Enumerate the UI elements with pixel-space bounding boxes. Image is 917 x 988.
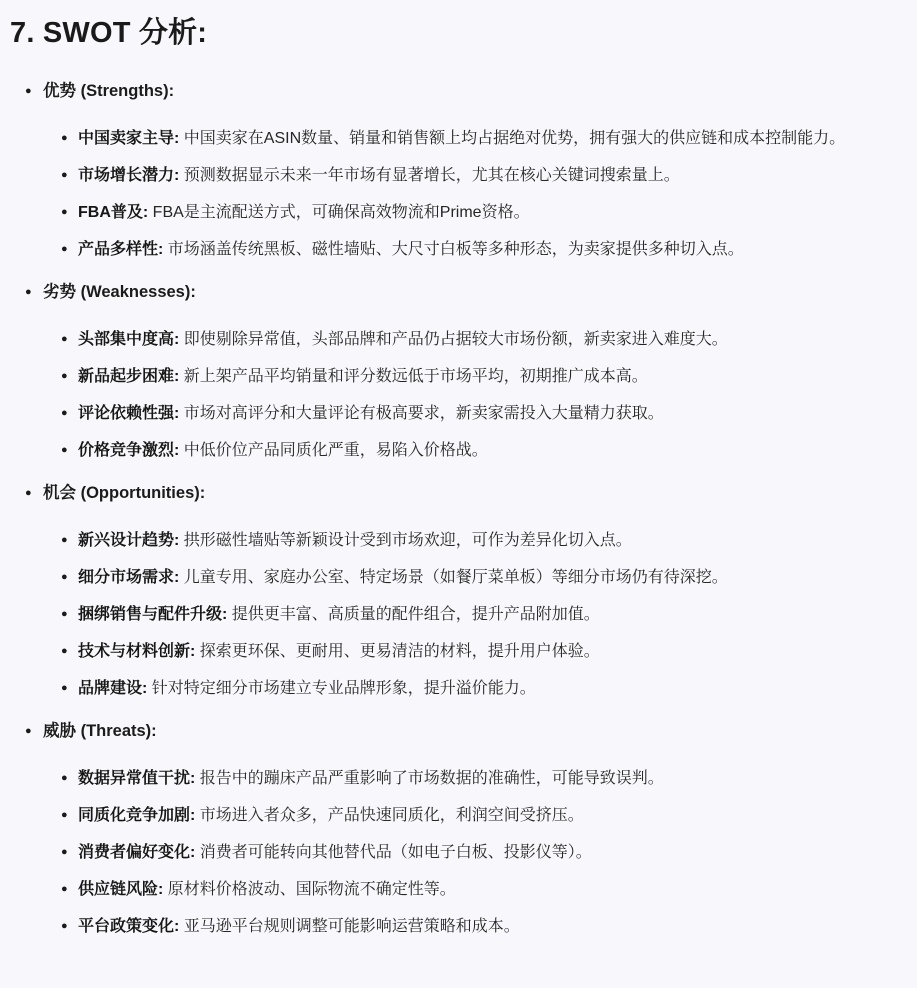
section-heading-label: 劣势 (Weaknesses):	[43, 282, 196, 303]
swot-sections-list: ● 优势 (Strengths): ● 中国卖家主导: 中国卖家在ASIN数量、…	[10, 81, 911, 937]
list-item: ● 新品起步困难: 新上架产品平均销量和评分数远低于市场平均，初期推广成本高。	[61, 366, 911, 387]
list-item: ● 新兴设计趋势: 拱形磁性墙贴等新颖设计受到市场欢迎，可作为差异化切入点。	[61, 530, 911, 551]
page-title: 7. SWOT 分析:	[10, 10, 911, 51]
list-item: ● 捆绑销售与配件升级: 提供更丰富、高质量的配件组合，提升产品附加值。	[61, 604, 911, 625]
item-term: 细分市场需求:	[78, 569, 179, 586]
bullet-icon: ●	[61, 202, 78, 223]
bullet-icon: ●	[61, 805, 78, 826]
bullet-icon: ●	[61, 916, 78, 937]
item-term: 产品多样性:	[78, 241, 163, 258]
section-threats: ● 威胁 (Threats): ● 数据异常值干扰: 报告中的蹦床产品严重影响了…	[25, 721, 911, 937]
item-term: 数据异常值干扰:	[78, 770, 195, 787]
bullet-icon: ●	[61, 842, 78, 863]
list-item: ● 市场增长潜力: 预测数据显示未来一年市场有显著增长，尤其在核心关键词搜索量上…	[61, 165, 911, 186]
bullet-icon: ●	[61, 678, 78, 699]
section-heading-label: 威胁 (Threats):	[43, 721, 157, 742]
list-item: ● 产品多样性: 市场涵盖传统黑板、磁性墙贴、大尺寸白板等多种形态，为卖家提供多…	[61, 239, 911, 260]
item-desc: 消费者可能转向其他替代品（如电子白板、投影仪等）。	[200, 844, 592, 861]
section-strengths: ● 优势 (Strengths): ● 中国卖家主导: 中国卖家在ASIN数量、…	[25, 81, 911, 260]
item-term: 新兴设计趋势:	[78, 532, 179, 549]
section-items: ● 中国卖家主导: 中国卖家在ASIN数量、销量和销售额上均占据绝对优势，拥有强…	[25, 128, 911, 260]
item-desc: 中国卖家在ASIN数量、销量和销售额上均占据绝对优势，拥有强大的供应链和成本控制…	[184, 130, 845, 147]
item-desc: 即使剔除异常值，头部品牌和产品仍占据较大市场份额，新卖家进入难度大。	[184, 331, 728, 348]
item-desc: 亚马逊平台规则调整可能影响运营策略和成本。	[184, 918, 520, 935]
item-text: 新兴设计趋势: 拱形磁性墙贴等新颖设计受到市场欢迎，可作为差异化切入点。	[78, 530, 632, 551]
list-item: ● FBA普及: FBA是主流配送方式，可确保高效物流和Prime资格。	[61, 202, 911, 223]
item-term: 头部集中度高:	[78, 331, 179, 348]
section-opportunities: ● 机会 (Opportunities): ● 新兴设计趋势: 拱形磁性墙贴等新…	[25, 483, 911, 699]
item-text: 头部集中度高: 即使剔除异常值，头部品牌和产品仍占据较大市场份额，新卖家进入难度…	[78, 329, 728, 350]
section-heading: ● 劣势 (Weaknesses):	[25, 282, 911, 303]
item-text: 新品起步困难: 新上架产品平均销量和评分数远低于市场平均，初期推广成本高。	[78, 366, 648, 387]
item-text: 消费者偏好变化: 消费者可能转向其他替代品（如电子白板、投影仪等）。	[78, 842, 592, 863]
item-text: 中国卖家主导: 中国卖家在ASIN数量、销量和销售额上均占据绝对优势，拥有强大的…	[78, 128, 845, 149]
list-item: ● 头部集中度高: 即使剔除异常值，头部品牌和产品仍占据较大市场份额，新卖家进入…	[61, 329, 911, 350]
bullet-icon: ●	[61, 403, 78, 424]
item-desc: 拱形磁性墙贴等新颖设计受到市场欢迎，可作为差异化切入点。	[184, 532, 632, 549]
item-desc: 儿童专用、家庭办公室、特定场景（如餐厅菜单板）等细分市场仍有待深挖。	[184, 569, 728, 586]
bullet-icon: ●	[61, 530, 78, 551]
item-term: 平台政策变化:	[78, 918, 179, 935]
item-text: 平台政策变化: 亚马逊平台规则调整可能影响运营策略和成本。	[78, 916, 520, 937]
item-text: 数据异常值干扰: 报告中的蹦床产品严重影响了市场数据的准确性，可能导致误判。	[78, 768, 664, 789]
list-item: ● 供应链风险: 原材料价格波动、国际物流不确定性等。	[61, 879, 911, 900]
section-items: ● 头部集中度高: 即使剔除异常值，头部品牌和产品仍占据较大市场份额，新卖家进入…	[25, 329, 911, 461]
item-term: 新品起步困难:	[78, 368, 179, 385]
item-desc: 中低价位产品同质化严重，易陷入价格战。	[184, 442, 488, 459]
item-desc: 市场涵盖传统黑板、磁性墙贴、大尺寸白板等多种形态，为卖家提供多种切入点。	[168, 241, 744, 258]
item-text: 评论依赖性强: 市场对高评分和大量评论有极高要求，新卖家需投入大量精力获取。	[78, 403, 664, 424]
section-items: ● 新兴设计趋势: 拱形磁性墙贴等新颖设计受到市场欢迎，可作为差异化切入点。 ●…	[25, 530, 911, 699]
item-term: 中国卖家主导:	[78, 130, 179, 147]
item-text: 产品多样性: 市场涵盖传统黑板、磁性墙贴、大尺寸白板等多种形态，为卖家提供多种切…	[78, 239, 744, 260]
item-term: FBA普及:	[78, 204, 148, 221]
item-desc: 针对特定细分市场建立专业品牌形象，提升溢价能力。	[152, 680, 536, 697]
section-heading-label: 优势 (Strengths):	[43, 81, 174, 102]
item-text: FBA普及: FBA是主流配送方式，可确保高效物流和Prime资格。	[78, 202, 530, 223]
item-desc: 提供更丰富、高质量的配件组合，提升产品附加值。	[232, 606, 600, 623]
item-term: 消费者偏好变化:	[78, 844, 195, 861]
section-items: ● 数据异常值干扰: 报告中的蹦床产品严重影响了市场数据的准确性，可能导致误判。…	[25, 768, 911, 937]
bullet-icon: ●	[61, 128, 78, 149]
list-item: ● 细分市场需求: 儿童专用、家庭办公室、特定场景（如餐厅菜单板）等细分市场仍有…	[61, 567, 911, 588]
item-term: 价格竞争激烈:	[78, 442, 179, 459]
item-term: 捆绑销售与配件升级:	[78, 606, 227, 623]
item-desc: 探索更环保、更耐用、更易清洁的材料，提升用户体验。	[200, 643, 600, 660]
item-text: 捆绑销售与配件升级: 提供更丰富、高质量的配件组合，提升产品附加值。	[78, 604, 600, 625]
bullet-icon: ●	[61, 641, 78, 662]
item-text: 价格竞争激烈: 中低价位产品同质化严重，易陷入价格战。	[78, 440, 488, 461]
item-term: 市场增长潜力:	[78, 167, 179, 184]
item-term: 供应链风险:	[78, 881, 163, 898]
bullet-icon: ●	[61, 604, 78, 625]
bullet-icon: ●	[61, 567, 78, 588]
section-weaknesses: ● 劣势 (Weaknesses): ● 头部集中度高: 即使剔除异常值，头部品…	[25, 282, 911, 461]
section-heading: ● 优势 (Strengths):	[25, 81, 911, 102]
item-term: 技术与材料创新:	[78, 643, 195, 660]
item-desc: 预测数据显示未来一年市场有显著增长，尤其在核心关键词搜索量上。	[184, 167, 680, 184]
bullet-icon: ●	[61, 879, 78, 900]
list-item: ● 中国卖家主导: 中国卖家在ASIN数量、销量和销售额上均占据绝对优势，拥有强…	[61, 128, 911, 149]
list-item: ● 消费者偏好变化: 消费者可能转向其他替代品（如电子白板、投影仪等）。	[61, 842, 911, 863]
bullet-icon: ●	[25, 483, 43, 504]
list-item: ● 平台政策变化: 亚马逊平台规则调整可能影响运营策略和成本。	[61, 916, 911, 937]
bullet-icon: ●	[61, 239, 78, 260]
item-desc: 市场进入者众多，产品快速同质化，利润空间受挤压。	[200, 807, 584, 824]
section-heading: ● 机会 (Opportunities):	[25, 483, 911, 504]
bullet-icon: ●	[61, 768, 78, 789]
item-text: 市场增长潜力: 预测数据显示未来一年市场有显著增长，尤其在核心关键词搜索量上。	[78, 165, 680, 186]
list-item: ● 评论依赖性强: 市场对高评分和大量评论有极高要求，新卖家需投入大量精力获取。	[61, 403, 911, 424]
item-desc: FBA是主流配送方式，可确保高效物流和Prime资格。	[153, 204, 530, 221]
item-text: 同质化竞争加剧: 市场进入者众多，产品快速同质化，利润空间受挤压。	[78, 805, 584, 826]
item-term: 评论依赖性强:	[78, 405, 179, 422]
list-item: ● 价格竞争激烈: 中低价位产品同质化严重，易陷入价格战。	[61, 440, 911, 461]
item-term: 品牌建设:	[78, 680, 147, 697]
bullet-icon: ●	[61, 440, 78, 461]
item-desc: 新上架产品平均销量和评分数远低于市场平均，初期推广成本高。	[184, 368, 648, 385]
item-desc: 原材料价格波动、国际物流不确定性等。	[168, 881, 456, 898]
bullet-icon: ●	[25, 81, 43, 102]
item-term: 同质化竞争加剧:	[78, 807, 195, 824]
bullet-icon: ●	[61, 329, 78, 350]
bullet-icon: ●	[61, 165, 78, 186]
item-text: 品牌建设: 针对特定细分市场建立专业品牌形象，提升溢价能力。	[78, 678, 536, 699]
item-text: 细分市场需求: 儿童专用、家庭办公室、特定场景（如餐厅菜单板）等细分市场仍有待深…	[78, 567, 728, 588]
list-item: ● 同质化竞争加剧: 市场进入者众多，产品快速同质化，利润空间受挤压。	[61, 805, 911, 826]
list-item: ● 数据异常值干扰: 报告中的蹦床产品严重影响了市场数据的准确性，可能导致误判。	[61, 768, 911, 789]
item-desc: 报告中的蹦床产品严重影响了市场数据的准确性，可能导致误判。	[200, 770, 664, 787]
swot-analysis-document: 7. SWOT 分析: ● 优势 (Strengths): ● 中国卖家主导: …	[0, 0, 917, 988]
item-desc: 市场对高评分和大量评论有极高要求，新卖家需投入大量精力获取。	[184, 405, 664, 422]
bullet-icon: ●	[61, 366, 78, 387]
bullet-icon: ●	[25, 721, 43, 742]
list-item: ● 技术与材料创新: 探索更环保、更耐用、更易清洁的材料，提升用户体验。	[61, 641, 911, 662]
item-text: 供应链风险: 原材料价格波动、国际物流不确定性等。	[78, 879, 456, 900]
item-text: 技术与材料创新: 探索更环保、更耐用、更易清洁的材料，提升用户体验。	[78, 641, 600, 662]
list-item: ● 品牌建设: 针对特定细分市场建立专业品牌形象，提升溢价能力。	[61, 678, 911, 699]
bullet-icon: ●	[25, 282, 43, 303]
section-heading: ● 威胁 (Threats):	[25, 721, 911, 742]
section-heading-label: 机会 (Opportunities):	[43, 483, 205, 504]
